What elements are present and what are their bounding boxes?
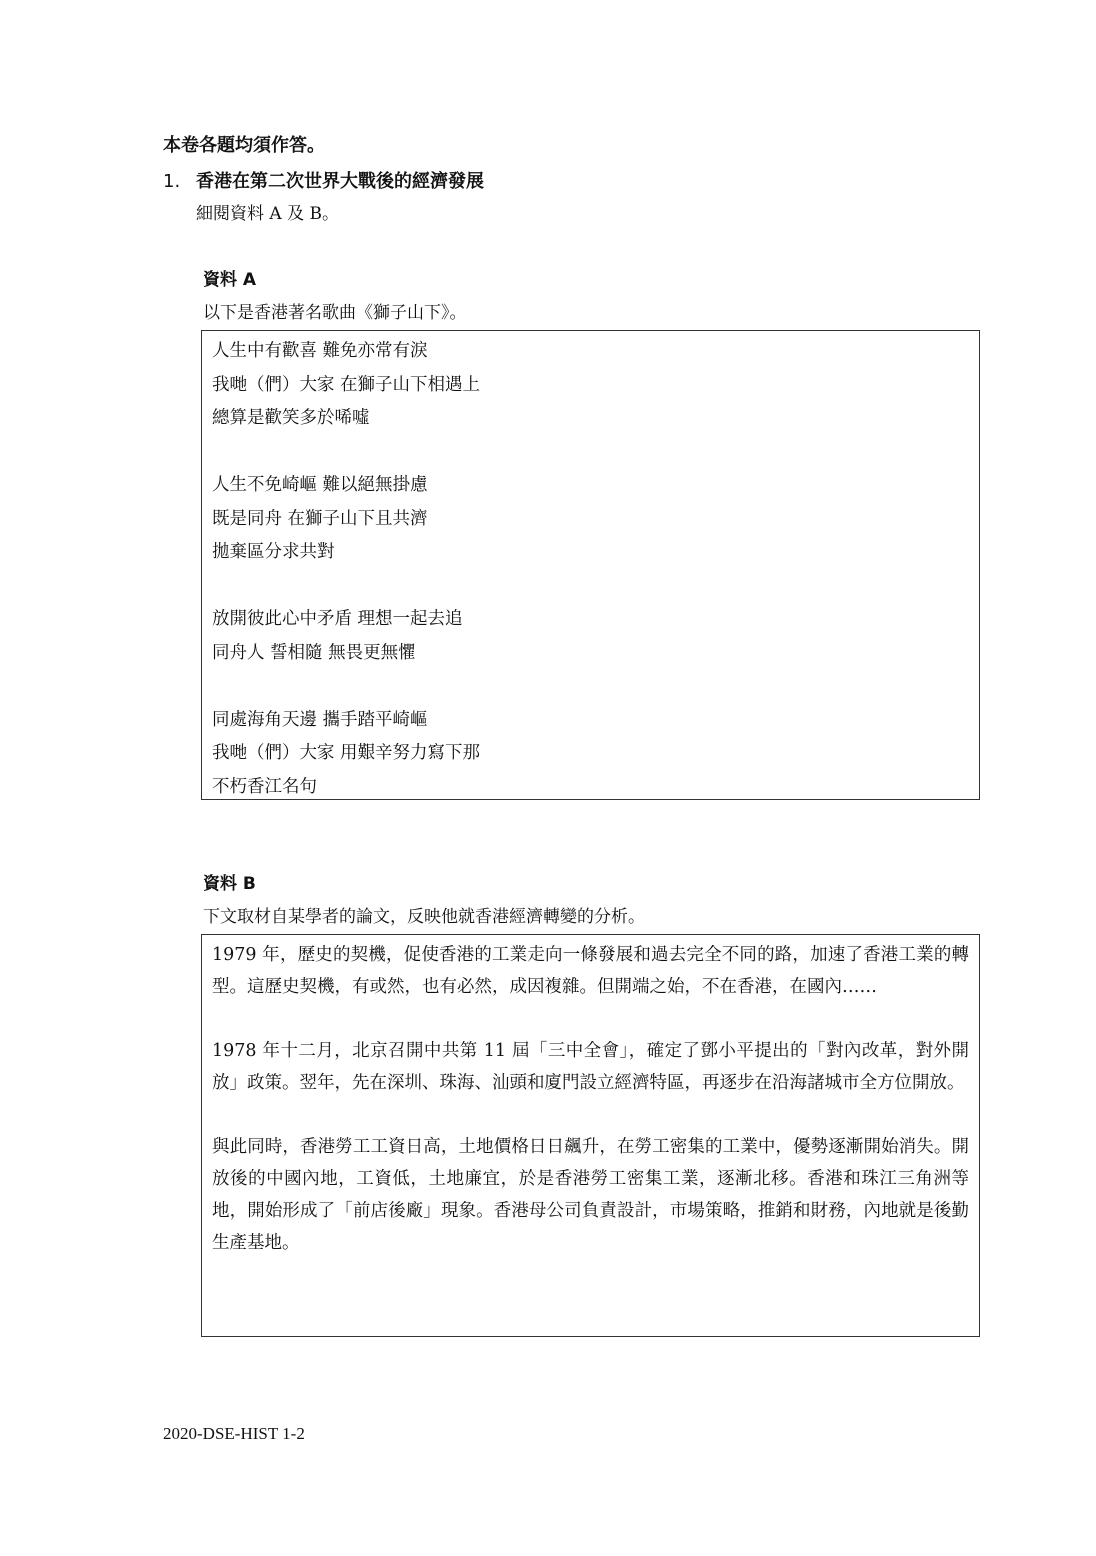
lyric-line: 既是同舟 在獅子山下且共濟 xyxy=(212,503,969,537)
question-intro: 細閱資料 A 及 B。 xyxy=(196,202,339,226)
lyric-line: 同舟人 誓相隨 無畏更無懼 xyxy=(212,637,969,671)
question-number: 1. xyxy=(163,170,180,194)
page-footer-code: 2020-DSE-HIST 1-2 xyxy=(163,1424,305,1444)
lyric-line: 我哋（們）大家 用艱辛努力寫下那 xyxy=(212,737,969,771)
stanza-gap xyxy=(212,570,969,604)
paragraph-gap xyxy=(212,1003,969,1035)
exam-instruction: 本卷各題均須作答。 xyxy=(163,134,325,158)
lyric-line: 同處海角天邊 攜手踏平崎嶇 xyxy=(212,704,969,738)
lyric-line: 不朽香江名句 xyxy=(212,771,969,805)
source-b-label: 資料 B xyxy=(203,872,256,896)
source-b-paragraph: 1978 年十二月，北京召開中共第 11 屆「三中全會」，確定了鄧小平提出的「對… xyxy=(212,1035,969,1099)
source-a-description: 以下是香港著名歌曲《獅子山下》。 xyxy=(203,301,467,325)
question-title: 香港在第二次世界大戰後的經濟發展 xyxy=(196,170,484,194)
stanza-gap xyxy=(212,436,969,470)
lyric-line: 我哋（們）大家 在獅子山下相遇上 xyxy=(212,369,969,403)
lyric-line: 放開彼此心中矛盾 理想一起去追 xyxy=(212,603,969,637)
source-a-label: 資料 A xyxy=(203,268,256,292)
lyric-line: 人生不免崎嶇 難以絕無掛慮 xyxy=(212,469,969,503)
lyric-line: 拋棄區分求共對 xyxy=(212,536,969,570)
source-b-paragraph: 與此同時，香港勞工工資日高，土地價格日日飆升，在勞工密集的工業中，優勢逐漸開始消… xyxy=(212,1131,969,1259)
source-b-paragraph: 1979 年，歷史的契機，促使香港的工業走向一條發展和過去完全不同的路，加速了香… xyxy=(212,939,969,1003)
source-a-lyrics-box: 人生中有歡喜 難免亦常有淚 我哋（們）大家 在獅子山下相遇上 總算是歡笑多於唏噓… xyxy=(201,330,980,800)
lyric-line: 人生中有歡喜 難免亦常有淚 xyxy=(212,335,969,369)
source-b-description: 下文取材自某學者的論文，反映他就香港經濟轉變的分析。 xyxy=(203,905,645,929)
stanza-gap xyxy=(212,670,969,704)
lyric-line: 總算是歡笑多於唏噓 xyxy=(212,402,969,436)
paragraph-gap xyxy=(212,1099,969,1131)
source-b-text-box: 1979 年，歷史的契機，促使香港的工業走向一條發展和過去完全不同的路，加速了香… xyxy=(201,934,980,1337)
